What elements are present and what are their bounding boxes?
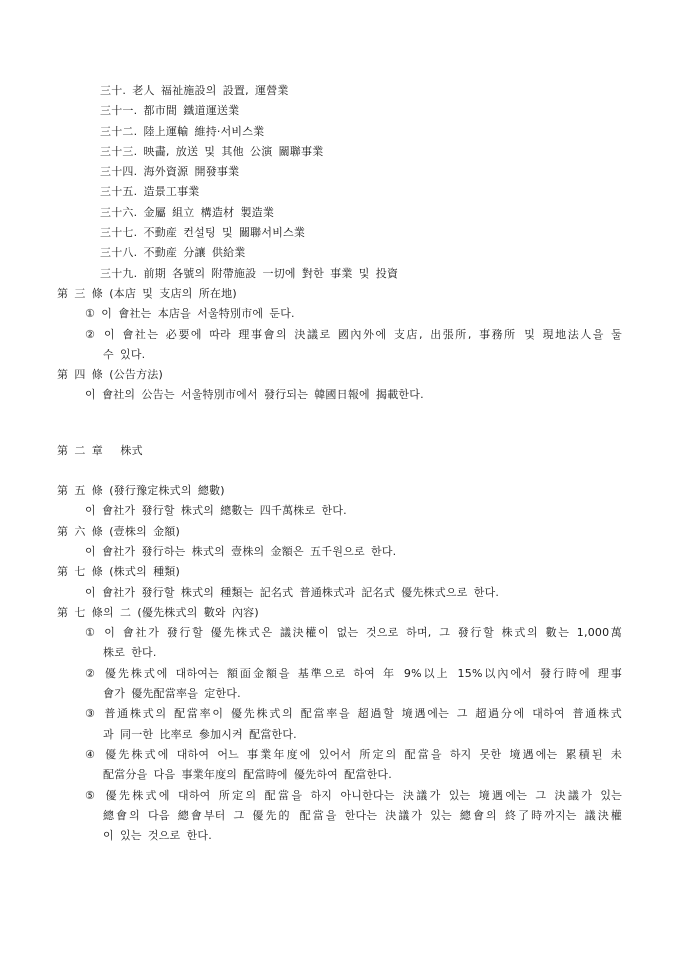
text-line: ⑤ 優先株式에 대하여 所定의 配當을 하지 아니한다는 決議가 있는 境遇에는… xyxy=(0,786,680,806)
document-page: 三十. 老人 福祉施設의 設置, 運營業三十一. 都市間 鐵道運送業三十二. 陸… xyxy=(0,0,680,962)
text-line: 三十八. 不動産 分讓 供給業 xyxy=(0,243,680,263)
text-line: 第 四 條 (公告方法) xyxy=(0,365,680,385)
text-line: 第 二 章 株式 xyxy=(0,441,680,461)
text-line: ④ 優先株式에 대하여 어느 事業年度에 있어서 所定의 配當을 하지 못한 境… xyxy=(0,745,680,765)
text-line: 三十七. 不動産 컨설팅 및 關聯서비스業 xyxy=(0,223,680,243)
text-line: 三十九. 前期 各號의 附帶施設 一切에 對한 事業 및 投資 xyxy=(0,264,680,284)
text-line: 會가 優先配當率을 定한다. xyxy=(0,684,680,704)
text-line: ① 이 會社는 本店을 서울特別市에 둔다. xyxy=(0,304,680,324)
text-line: 第 五 條 (發行豫定株式의 總數) xyxy=(0,481,680,501)
document-body: 三十. 老人 福祉施設의 設置, 運營業三十一. 都市間 鐵道運送業三十二. 陸… xyxy=(0,81,680,846)
text-line: 三十五. 造景工事業 xyxy=(0,182,680,202)
text-line: ① 이 會社가 發行할 優先株式은 議決權이 없는 것으로 하며, 그 發行할 … xyxy=(0,623,680,643)
text-line: ③ 普通株式의 配當率이 優先株式의 配當率을 超過할 境遇에는 그 超過分에 … xyxy=(0,704,680,724)
text-line: 三十六. 金屬 組立 構造材 製造業 xyxy=(0,203,680,223)
text-line: 株로 한다. xyxy=(0,643,680,663)
text-line: 이 會社가 發行할 株式의 總數는 四千萬株로 한다. xyxy=(0,501,680,521)
text-line: 第 六 條 (壹株의 金額) xyxy=(0,522,680,542)
text-line: 과 同一한 比率로 參加시켜 配當한다. xyxy=(0,725,680,745)
text-line: 第 七 條의 二 (優先株式의 數와 內容) xyxy=(0,603,680,623)
text-line: 第 七 條 (株式의 種類) xyxy=(0,562,680,582)
text-line: 三十四. 海外資源 開發事業 xyxy=(0,162,680,182)
text-line: ② 이 會社는 必要에 따라 理事會의 決議로 國內外에 支店, 出張所, 事務… xyxy=(0,325,680,345)
text-line: 三十二. 陸上運輸 維持·서비스業 xyxy=(0,122,680,142)
text-line: 이 會社가 發行하는 株式의 壹株의 金額은 五千원으로 한다. xyxy=(0,542,680,562)
text-line: 이 있는 것으로 한다. xyxy=(0,826,680,846)
text-line: 總會의 다음 總會부터 그 優先的 配當을 한다는 決議가 있는 總會의 終了時… xyxy=(0,806,680,826)
text-line: ② 優先株式에 대하여는 額面金額을 基準으로 하여 年 9%以上 15%以內에… xyxy=(0,664,680,684)
text-line: 이 會社의 公告는 서울特別市에서 發行되는 韓國日報에 揭載한다. xyxy=(0,385,680,405)
text-line: 三十. 老人 福祉施設의 設置, 運營業 xyxy=(0,81,680,101)
text-line: 第 三 條 (本店 및 支店의 所在地) xyxy=(0,284,680,304)
text-line: 이 會社가 發行할 株式의 種類는 記名式 普通株式과 記名式 優先株式으로 한… xyxy=(0,583,680,603)
text-line: 수 있다. xyxy=(0,345,680,365)
text-line: 配當分을 다음 事業年度의 配當時에 優先하여 配當한다. xyxy=(0,765,680,785)
text-line: 三十一. 都市間 鐵道運送業 xyxy=(0,101,680,121)
text-line: 三十三. 映畵, 放送 및 其他 公演 關聯事業 xyxy=(0,142,680,162)
